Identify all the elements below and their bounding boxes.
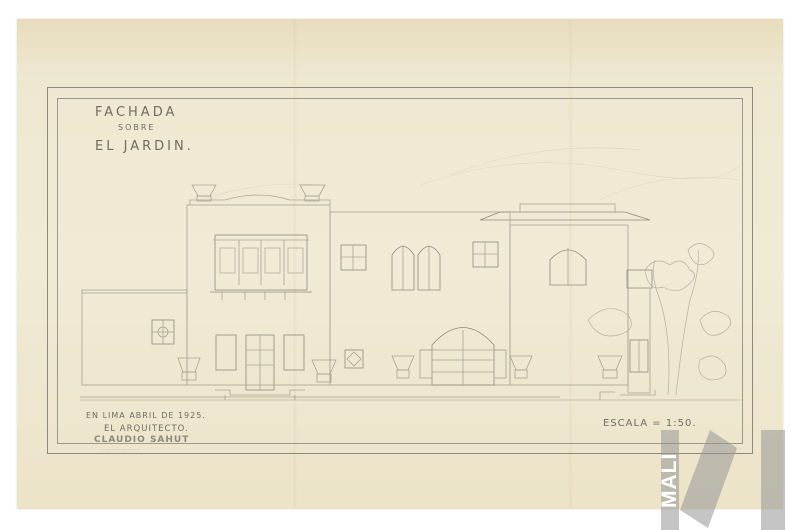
place-date-note: EN LIMA ABRIL DE 1925. [86, 411, 206, 420]
sky-sketch-lines [200, 148, 740, 200]
left-tower [187, 185, 330, 400]
architect-title: EL ARQUITECTO. [104, 424, 189, 434]
watermark-text: MALI [658, 432, 682, 528]
garden-urns [178, 356, 622, 382]
architect-stamp: ····················· [103, 447, 140, 452]
left-wing [82, 290, 187, 385]
architect-signature: CLAUDIO SAHUT [94, 435, 189, 445]
watermark-diagonal-shape [680, 428, 765, 530]
watermark-right-bar [761, 430, 785, 530]
garden-trees [588, 243, 731, 395]
central-block [330, 212, 510, 385]
